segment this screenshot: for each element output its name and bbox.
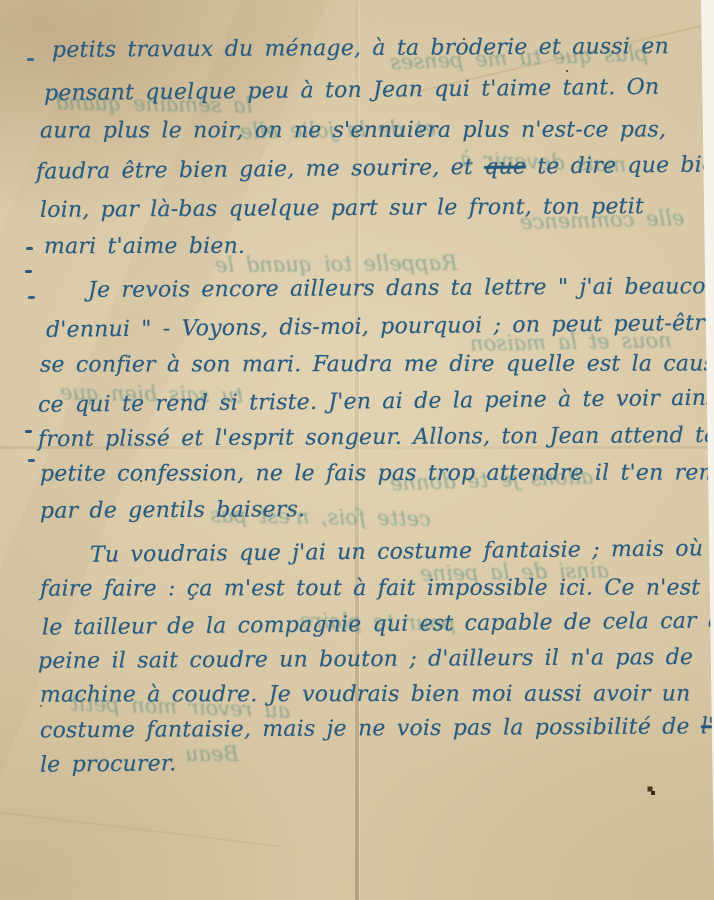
handwritten-line: ce qui te rend si triste. J'en ai de la …	[38, 385, 714, 418]
handwritten-line: faire faire : ça m'est tout à fait impos…	[40, 575, 714, 601]
handwritten-line: machine à coudre. Je voudrais bien moi a…	[40, 681, 690, 707]
handwritten-line: se confier à son mari. Faudra me dire qu…	[40, 351, 714, 377]
letter-page: plus que tu me penses la semaine quand e…	[0, 0, 714, 900]
handwritten-line: mari t'aime bien.	[44, 234, 245, 259]
handwritten-line: d'ennui " - Voyons, dis-moi, pourquoi ; …	[46, 310, 714, 343]
handwritten-line: Je revois encore ailleurs dans ta lettre…	[88, 274, 714, 303]
handwritten-line: peine il sait coudre un bouton ; d'aille…	[38, 645, 693, 674]
left-margin-ink-marks	[0, 0, 7, 3]
handwritten-line: loin, par là-bas quelque part sur le fro…	[40, 194, 644, 223]
handwritten-line: petite confession, ne le fais pas trop a…	[40, 460, 714, 486]
handwritten-line: aura plus le noir, on ne s'ennuiera plus…	[40, 117, 666, 143]
crossed-out-word: que	[484, 155, 526, 180]
handwritten-line: pensant quelque peu à ton Jean qui t'aim…	[44, 75, 660, 106]
line-segment: faudra être bien gaie, me sourire, et	[36, 155, 484, 185]
handwritten-line: par de gentils baisers.	[40, 497, 305, 524]
handwritten-line: faudra être bien gaie, me sourire, et qu…	[36, 152, 714, 184]
line-segment: te dire que bien	[526, 152, 714, 179]
line-segment: costume fantaisie, mais je ne vois pas l…	[40, 714, 701, 743]
handwritten-line: le tailleur de la compagnie qui est capa…	[42, 608, 714, 640]
handwritten-line: front plissé et l'esprit songeur. Allons…	[38, 423, 714, 452]
handwritten-line: costume fantaisie, mais je ne vois pas l…	[40, 714, 714, 744]
handwritten-line: petits travaux du ménage, à ta broderie …	[52, 34, 669, 63]
handwritten-line: Tu voudrais que j'ai un costume fantaisi…	[90, 535, 714, 567]
handwritten-line: le procurer.	[40, 751, 177, 777]
letter-body: petits travaux du ménage, à ta broderie …	[0, 0, 714, 900]
